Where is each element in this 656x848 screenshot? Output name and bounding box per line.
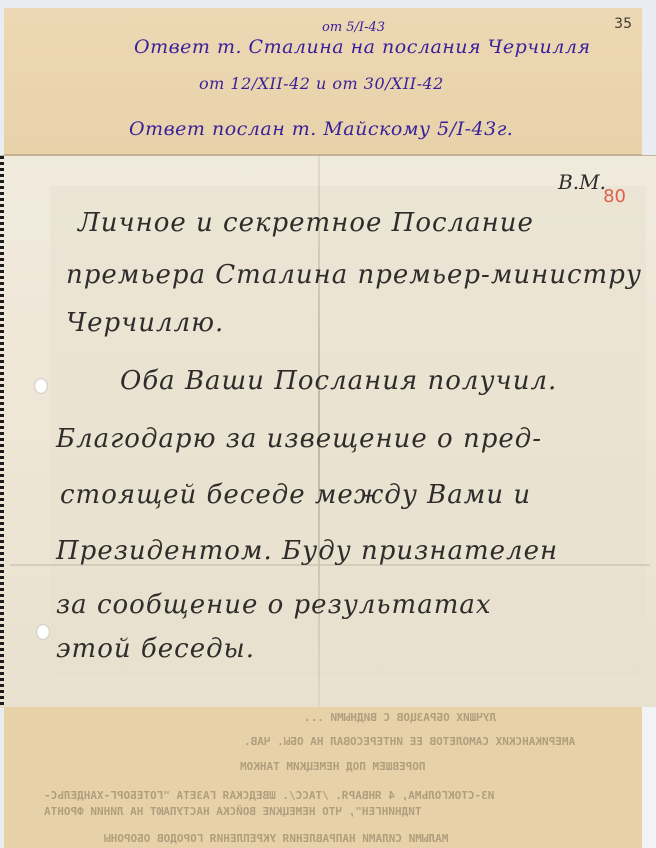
mirrored-typed-line: АМЕРИКАНСКИХ САМОЛЕТОВ ЕЕ ИНТЕРЕСОВАЛ НА… [244,735,575,748]
header-annotation-line-1: Ответ т. Сталина на послания Черчилля [134,36,591,58]
mirrored-typed-line: ТИДНИНГЕН", ЧТО НЕМЕЦКИЕ ВОЙСКА НАСТУПАЮ… [44,805,422,818]
letter-line: Личное и секретное Послание [78,208,534,238]
letter-line: Черчиллю. [66,308,224,338]
scan-background-edge [642,707,656,848]
letter-line: Президентом. Буду признателен [56,536,558,566]
letter-line: этой беседы. [56,634,255,664]
letter-line: стоящей беседе между Вами и [60,480,531,510]
header-annotation-line-3: Ответ послан т. Майскому 5/I-43г. [129,118,513,140]
archive-page-number: 35 [614,16,632,32]
punch-hole-icon [36,624,50,640]
corner-initials: В.М. [558,170,606,194]
mirrored-typed-line: ПОРЕВШЕМ ПОД НЕМЕЦКИМ ТАНКОМ [240,760,425,773]
letter-line: за сообщение о результатах [56,590,492,620]
handwritten-letter-sheet: В.М. 80 Личное и секретное Послание прем… [0,155,656,708]
typed-page-bleed-through: ЛУЧШИХ ОБРАЗЦОВ С ВИДНЫМИ ... АМЕРИКАНСК… [4,707,642,848]
letter-line: Благодарю за извещение о пред- [56,424,542,454]
mirrored-typed-line: ЛУЧШИХ ОБРАЗЦОВ С ВИДНЫМИ ... [304,711,496,724]
perforated-edge [0,156,4,708]
letter-line: премьера Сталина премьер-министру [66,260,642,290]
header-date-superscript: от 5/I-43 [322,20,385,35]
red-registry-number: 80 [603,186,626,207]
punch-hole-icon [34,378,48,394]
header-annotation-line-2: от 12/XII-42 и от 30/XII-42 [199,74,444,93]
mirrored-typed-line: МАЛЫМИ СИЛАМИ НАПРАВЛЕНИЯ УКРЕПЛЕНИЯ ГОР… [104,832,448,845]
letter-line: Оба Ваши Послания получил. [120,366,557,396]
archive-header-strip: 35 от 5/I-43 Ответ т. Сталина на послани… [4,8,642,154]
mirrored-typed-line: ИЗ-СТОКГОЛЬМА, 4 ЯНВАРЯ. /ТАСС/. ШВЕДСКА… [44,789,494,802]
